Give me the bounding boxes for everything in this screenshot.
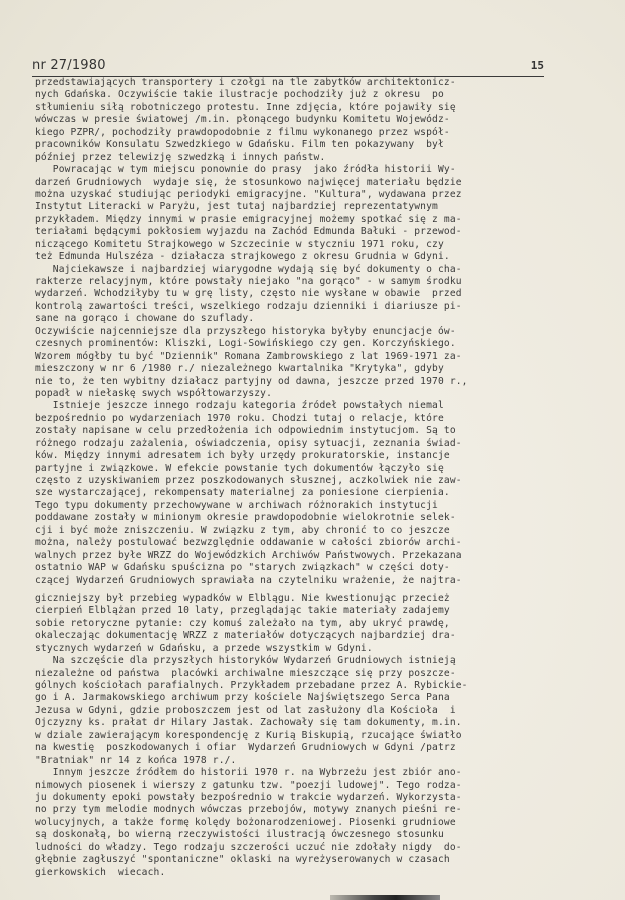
issue-number: nr 27/1980 [32, 58, 106, 73]
text-line: sane na gorąco i chowane do szuflady. [35, 313, 555, 325]
text-line: gólnych kościołach parafialnych. Przykła… [35, 680, 555, 692]
text-line: nimowych piosenek i wierszy z gatunku tz… [35, 780, 555, 792]
text-line: można, należy postulować bezwzględnie od… [35, 537, 555, 549]
text-line: czącej Wydarzeń Grudniowych sprawiała na… [35, 575, 555, 587]
text-line: Na szczęście dla przyszłych historyków W… [35, 655, 555, 667]
text-line: kiego PZPR/, pochodziły prawdopodobnie z… [35, 127, 555, 139]
text-line: Wzorem mógłby tu być "Dziennik" Romana Z… [35, 351, 555, 363]
text-line: popadł w niełaskę swych współtowarzyszy. [35, 388, 555, 400]
text-line: stłumieniu siłą robotniczego protestu. I… [35, 102, 555, 114]
text-line: Ojczyzny ks. prałat dr Hilary Jastak. Za… [35, 717, 555, 729]
text-line: Oczywiście najcenniejsze dla przyszłego … [35, 326, 555, 338]
text-line: przedstawiających transportery i czołgi … [35, 77, 555, 89]
text-line: później przez telewizję szwedzką i innyc… [35, 152, 555, 164]
text-line: giczniejszy był przebieg wypadków w Elbl… [35, 593, 555, 605]
text-line: często z uzyskiwaniem przez poszkodowany… [35, 475, 555, 487]
text-line: mieszczony w nr 6 /1980 r./ niezależnego… [35, 363, 555, 375]
text-line: nych Gdańska. Oczywiście takie ilustracj… [35, 89, 555, 101]
text-line: pracowników Konsulatu Szwedzkiego w Gdań… [35, 139, 555, 151]
text-line: też Edmunda Hulszéza - działacza strajko… [35, 251, 555, 263]
text-line: sobie retoryczne pytanie: czy komuś zale… [35, 618, 555, 630]
text-line: Jezusa w Gdyni, gdzie proboszczem jest o… [35, 705, 555, 717]
text-line: w dziale zawierającym korespondencję z K… [35, 730, 555, 742]
text-line: niezależne od państwa placówki archiwaln… [35, 668, 555, 680]
scan-edge-mark [330, 895, 440, 900]
text-line: darzeń Grudniowych wydaje się, że stosun… [35, 177, 555, 189]
text-line: teriałami będącymi pokłosiem wyjazdu na … [35, 226, 555, 238]
text-line: bezpośrednio po wydarzeniach 1970 roku. … [35, 413, 555, 425]
text-line: wolucyjnych, a także formę kolędy bożona… [35, 817, 555, 829]
text-line: stycznych wydarzeń w Gdańsku, a przede w… [35, 643, 555, 655]
text-line: ostatnio WAP w Gdańsku spuścizna po "sta… [35, 562, 555, 574]
text-line: "Bratniak" nr 14 z końca 1978 r./. [35, 755, 555, 767]
text-line: Innym jeszcze źródłem do historii 1970 r… [35, 767, 555, 779]
body-text: przedstawiających transportery i czołgi … [35, 77, 555, 879]
text-line: ju dokumenty epoki powstały bezpośrednio… [35, 792, 555, 804]
text-line: wówczas w presie światowej /m.in. płonąc… [35, 114, 555, 126]
text-line: ludności do władzy. Tego rodzaju szczero… [35, 842, 555, 854]
text-line: ków. Między innymi adresatem ich były ur… [35, 450, 555, 462]
text-line: no przy tym melodie modnych wówczas prze… [35, 804, 555, 816]
text-line: gierkowskich wiecach. [35, 867, 555, 879]
text-line: wydarzeń. Wchodziłyby tu w grę listy, cz… [35, 288, 555, 300]
text-line: cierpień Elblążan przed 10 laty, przeglą… [35, 605, 555, 617]
text-line: Istnieje jeszcze innego rodzaju kategori… [35, 400, 555, 412]
text-line: niczącego Komitetu Strajkowego w Szczeci… [35, 239, 555, 251]
text-line: poddawane zostały w minionym okresie pra… [35, 512, 555, 524]
document-page: nr 27/1980 15 przedstawiających transpor… [0, 0, 625, 900]
text-line: czesnych prominentów: Kliszki, Logi-Sowi… [35, 338, 555, 350]
page-header: nr 27/1980 15 [32, 58, 544, 77]
text-line: Tego typu dokumenty przechowywane w arch… [35, 500, 555, 512]
text-line: nie to, że ten wybitny działacz partyjny… [35, 376, 555, 388]
text-line: są doskonałą, bo wierną rzeczywistości i… [35, 829, 555, 841]
text-line: walnych przez byłe WRZZ do Wojewódzkich … [35, 550, 555, 562]
text-line: można uzyskać studiując periodyki emigra… [35, 189, 555, 201]
text-line: sze wystarczającej, rekompensaty materia… [35, 487, 555, 499]
page-number: 15 [531, 59, 544, 72]
text-line: okaleczając dokumentację WRZZ z materiał… [35, 630, 555, 642]
text-line: głębnie zagłuszyć "spontaniczne" oklaski… [35, 854, 555, 866]
text-line: Powracając w tym miejscu ponownie do pra… [35, 164, 555, 176]
text-line: rakterze relacyjnym, które powstały niej… [35, 276, 555, 288]
text-line: partyjne i związkowe. W efekcie powstani… [35, 463, 555, 475]
text-line: Instytut Literacki w Paryżu, jest tutaj … [35, 201, 555, 213]
text-line: cji i być może zniszczeniu. W związku z … [35, 525, 555, 537]
text-line: go i A. Jarmakowskiego archiwum przy koś… [35, 692, 555, 704]
text-line: przykładem. Między innymi w prasie emigr… [35, 214, 555, 226]
text-line: zostały napisane w celu przedłożenia ich… [35, 425, 555, 437]
text-line: różnego rodzaju zażalenia, oświadczenia,… [35, 438, 555, 450]
text-line: Najciekawsze i najbardziej wiarygodne wy… [35, 264, 555, 276]
text-line: kontrolą zawartości treści, wszelkiego r… [35, 301, 555, 313]
text-line: na kwestię poszkodowanych i ofiar Wydarz… [35, 742, 555, 754]
